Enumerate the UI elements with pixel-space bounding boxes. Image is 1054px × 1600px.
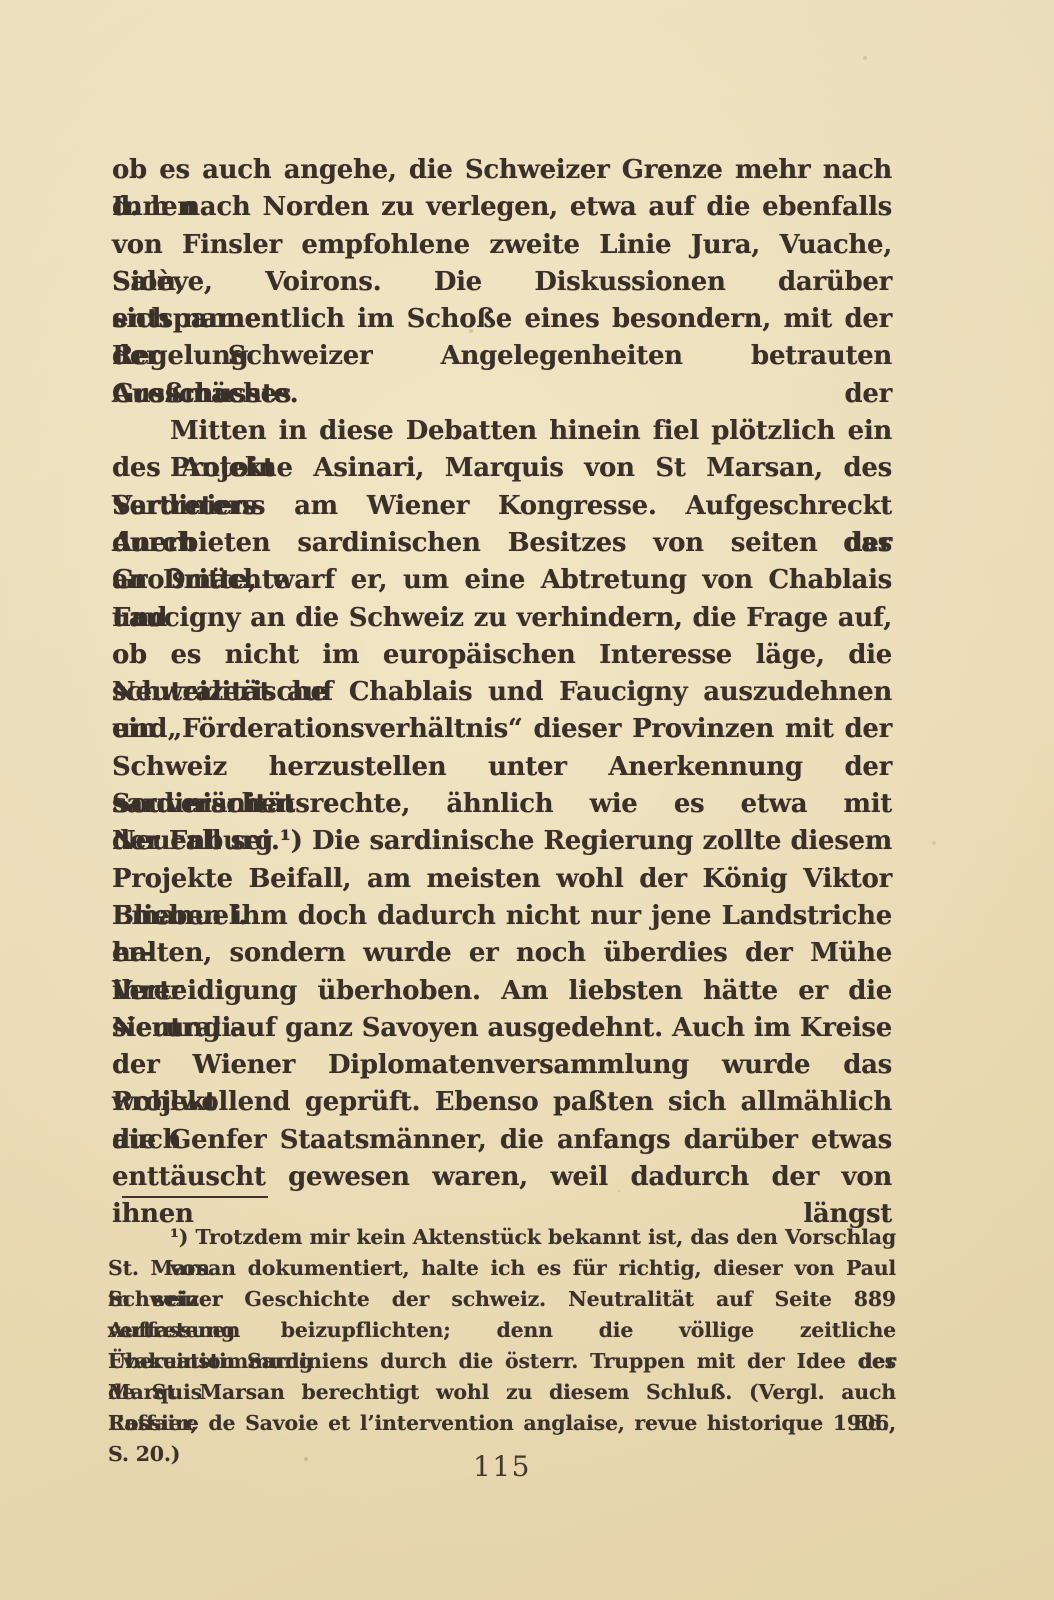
body-text-line: Verteidigung überhoben. Am liebsten hätt… — [112, 973, 892, 1010]
body-text-line: enttäuscht gewesen waren, weil dadurch d… — [112, 1159, 892, 1196]
footnote-block: ¹) Trotzdem mir kein Aktenstück bekannt … — [108, 1222, 896, 1439]
body-text-line: Sardiniens am Wiener Kongresse. Aufgesch… — [112, 488, 892, 525]
body-text-line: Faucigny an die Schweiz zu verhindern, d… — [112, 600, 892, 637]
body-text-line: halten, sondern wurde er noch überdies d… — [112, 935, 892, 972]
body-text-line: von Finsler empfohlene zweite Linie Jura… — [112, 227, 892, 264]
body-text-line: d. h nach Norden zu verlegen, etwa auf d… — [112, 189, 892, 226]
body-text-line: Salève, Voirons. Die Diskussionen darübe… — [112, 264, 892, 301]
footnote-text-line: L’affaire de Savoie et l’intervention an… — [108, 1408, 896, 1439]
body-text-line: wohlwollend geprüft. Ebenso paßten sich … — [112, 1084, 892, 1121]
body-text-line: die Genfer Staatsmänner, die anfangs dar… — [112, 1122, 892, 1159]
body-text-line: Anerbieten sardinischen Besitzes von sei… — [112, 525, 892, 562]
body-text-line: ob es auch angehe, die Schweizer Grenze … — [112, 152, 892, 189]
body-text-line: an Dritte, warf er, um eine Abtretung vo… — [112, 562, 892, 599]
body-text-block: ob es auch angehe, die Schweizer Grenze … — [112, 152, 892, 1196]
footnote-text-line: St. Marsan dokumentiert, halte ich es fü… — [108, 1253, 896, 1284]
page-number: 115 — [112, 1450, 892, 1483]
body-text-line: sich namentlich im Schoße eines besonder… — [112, 301, 892, 338]
body-text-line: Mitten in diese Debatten hinein fiel plö… — [112, 413, 892, 450]
body-text-line: ein „Förderationsverhältnis“ dieser Prov… — [112, 711, 892, 748]
footnote-text-line: Evakuation Sardiniens durch die österr. … — [108, 1346, 896, 1377]
body-text-line: des Antoine Asinari, Marquis von St Mars… — [112, 450, 892, 487]
footnote-text-line: in seiner Geschichte der schweiz. Neutra… — [108, 1284, 896, 1315]
footnote-text-line: ¹) Trotzdem mir kein Aktenstück bekannt … — [108, 1222, 896, 1253]
book-page: ob es auch angehe, die Schweizer Grenze … — [0, 0, 1054, 1600]
footnote-separator-rule — [122, 1196, 268, 1198]
body-text-line: ob es nicht im europäischen Interesse lä… — [112, 637, 892, 674]
footnote-text-line: de St. Marsan berechtigt wohl zu diesem … — [108, 1377, 896, 1408]
body-text-line: sierung auf ganz Savoyen ausgedehnt. Auc… — [112, 1010, 892, 1047]
paper-texture — [0, 0, 2, 2]
body-text-line: Souveränitätsrechte, ähnlich wie es etwa… — [112, 786, 892, 823]
footnote-text-line: Auffassung beizupflichten; denn die völl… — [108, 1315, 896, 1346]
body-text-line: Projekte Beifall, am meisten wohl der Kö… — [112, 861, 892, 898]
body-text-line: Blieben ihm doch dadurch nicht nur jene … — [112, 898, 892, 935]
body-text-line: der Fall sei.¹) Die sardinische Regierun… — [112, 823, 892, 860]
body-text-line: Schweiz herzustellen unter Anerkennung d… — [112, 749, 892, 786]
body-text-line: der Wiener Diplomatenversammlung wurde d… — [112, 1047, 892, 1084]
body-text-line: Neutralität auf Chablais und Faucigny au… — [112, 674, 892, 711]
body-text-line: der Schweizer Angelegenheiten betrauten … — [112, 338, 892, 375]
